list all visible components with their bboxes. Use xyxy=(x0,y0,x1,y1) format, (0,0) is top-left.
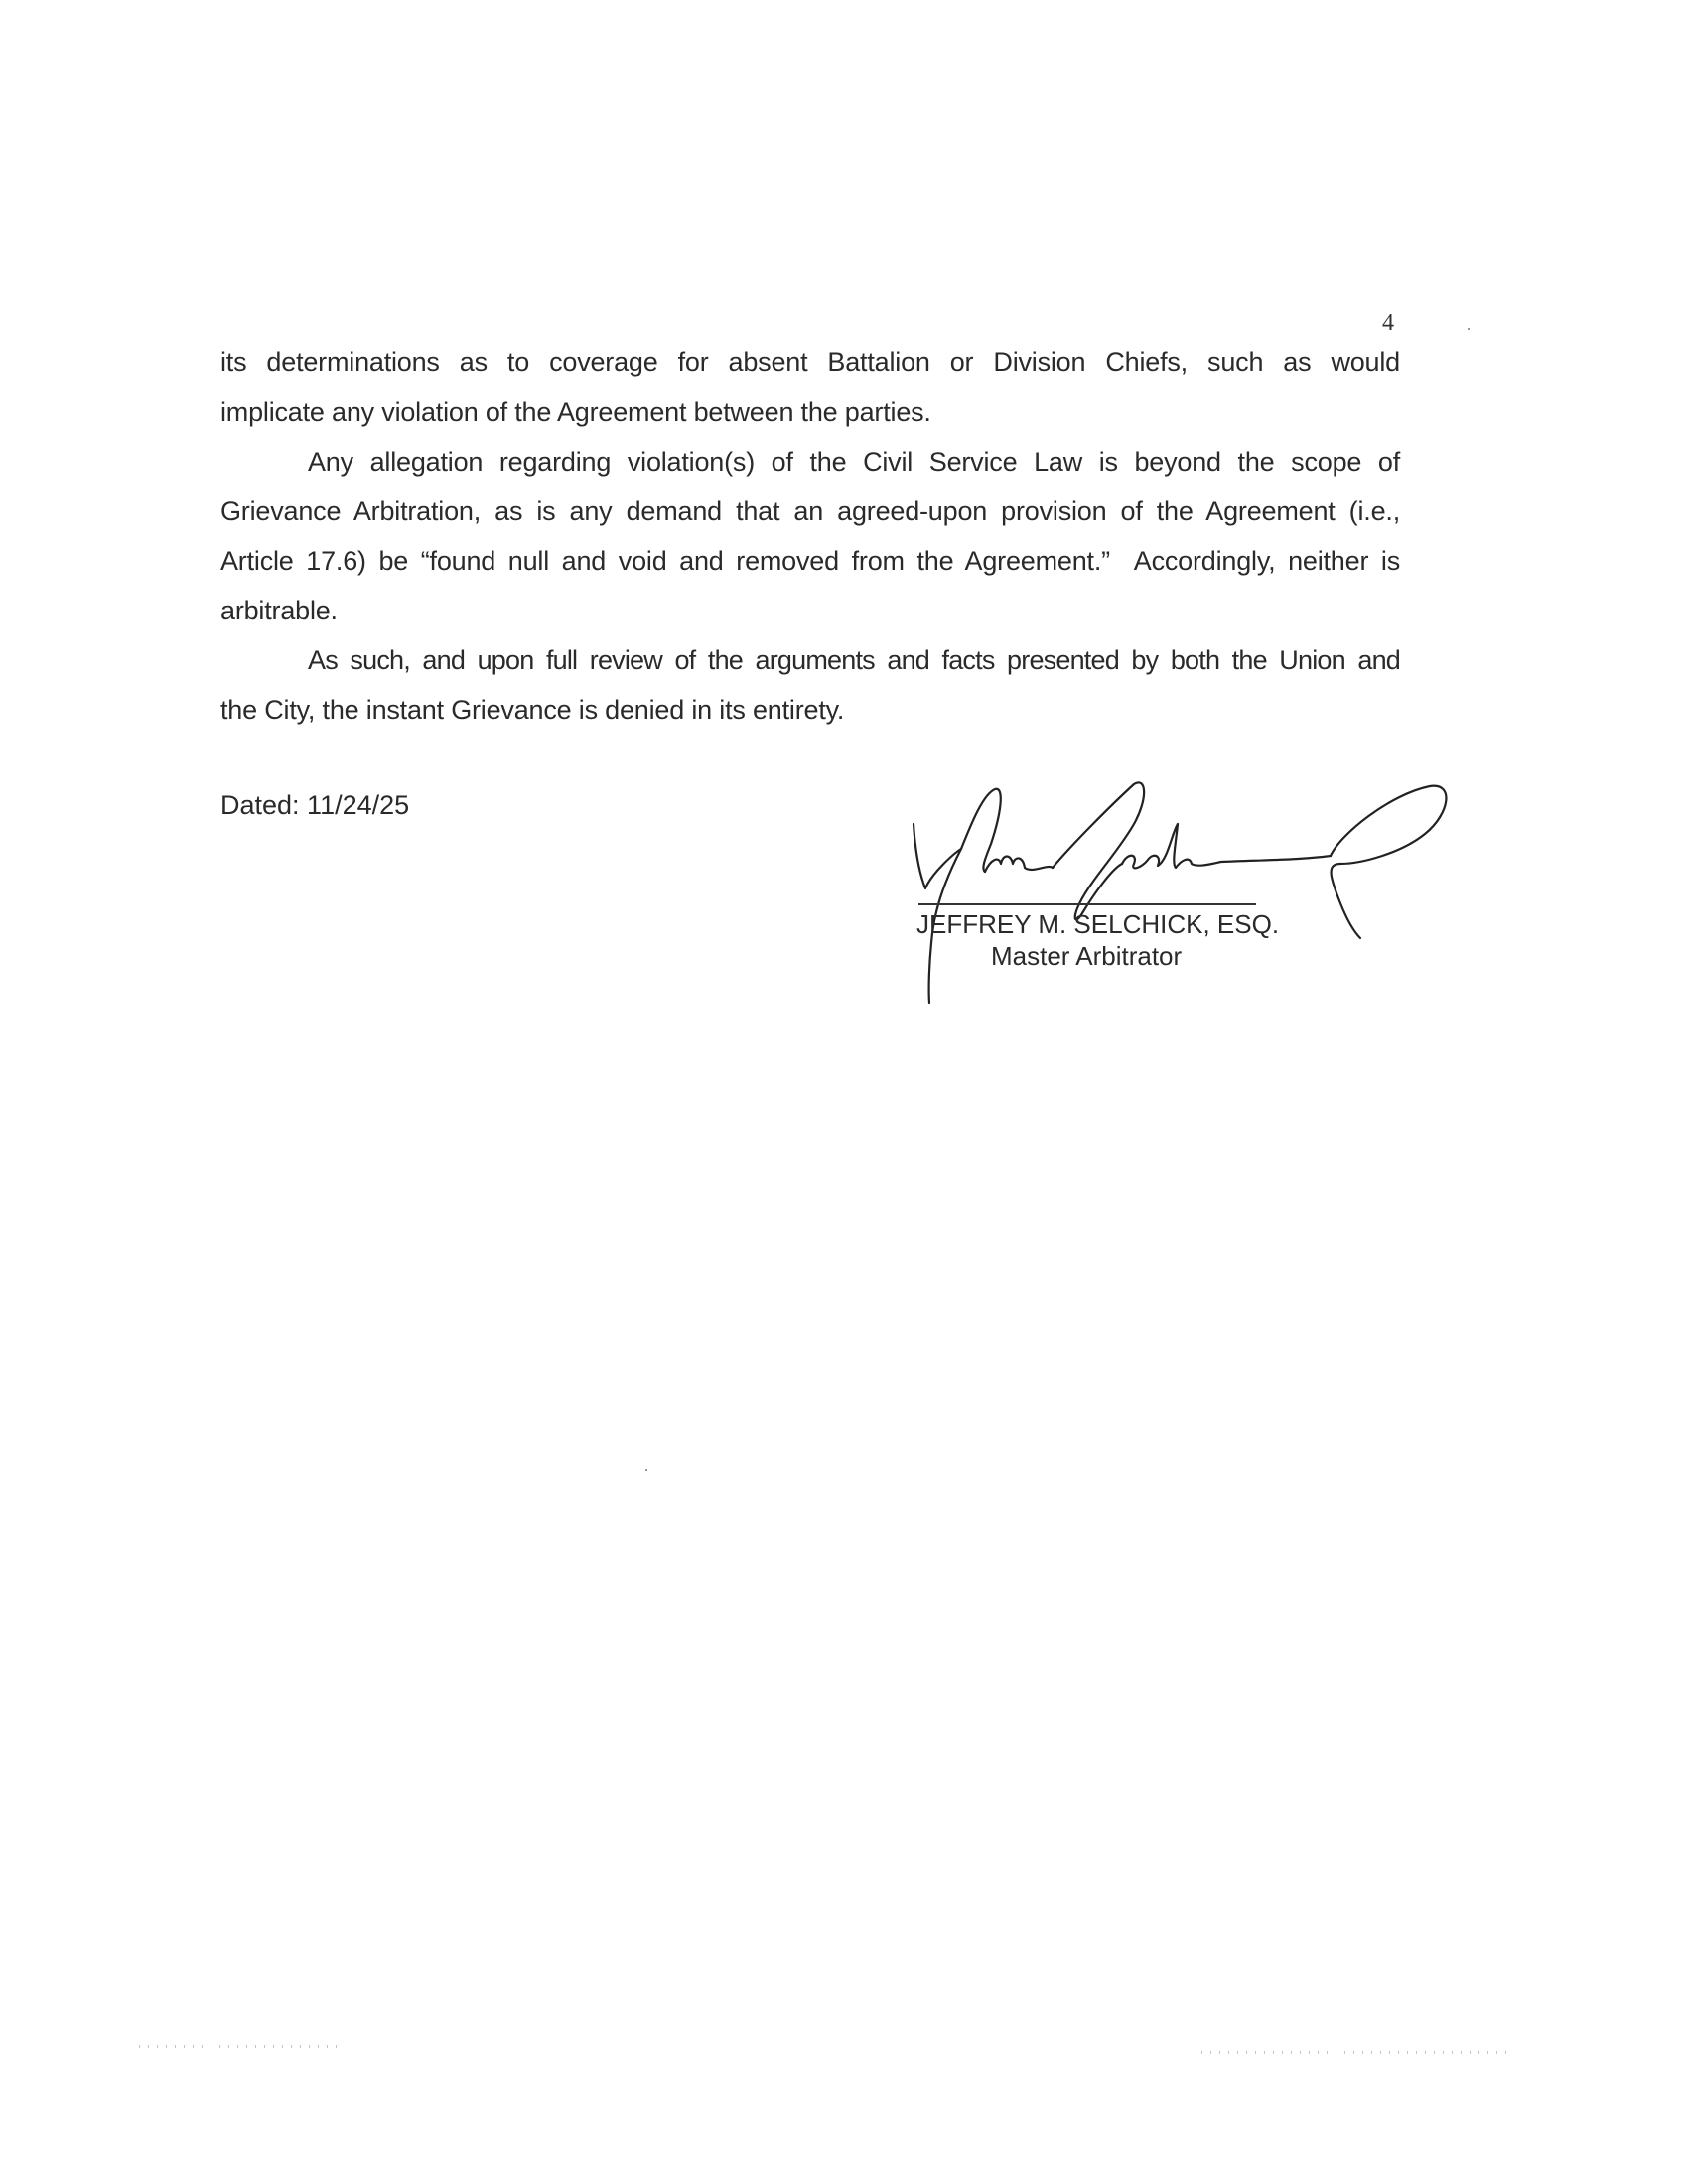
handwritten-signature xyxy=(874,764,1470,1023)
document-body: its determinations as to coverage for ab… xyxy=(220,338,1400,735)
scan-speck xyxy=(1468,328,1470,330)
scan-noise-right xyxy=(1201,2051,1509,2054)
signature-line xyxy=(918,903,1256,905)
paragraph-2-line-4: arbitrable. xyxy=(220,586,1400,635)
paragraph-2-line-3: Article 17.6) be “found null and void an… xyxy=(220,536,1400,586)
signatory-title: Master Arbitrator xyxy=(991,941,1182,972)
page-number: 4 xyxy=(1382,310,1394,337)
paragraph-1-line-1: its determinations as to coverage for ab… xyxy=(220,338,1400,387)
paragraph-2-line-2: Grievance Arbitration, as is any demand … xyxy=(220,486,1400,536)
paragraph-3-line-2: the City, the instant Grievance is denie… xyxy=(220,685,1400,735)
dated-line: Dated: 11/24/25 xyxy=(220,790,409,821)
signatory-name: JEFFREY M. SELCHICK, ESQ. xyxy=(916,909,1279,940)
paragraph-3-line-1: As such, and upon full review of the arg… xyxy=(220,635,1400,685)
signature-block: JEFFREY M. SELCHICK, ESQ. Master Arbitra… xyxy=(874,764,1470,1023)
scan-speck xyxy=(645,1469,647,1471)
paragraph-1-line-2: implicate any violation of the Agreement… xyxy=(220,387,1400,437)
paragraph-2-line-1: Any allegation regarding violation(s) of… xyxy=(220,437,1400,486)
scan-noise-left xyxy=(139,2045,338,2048)
